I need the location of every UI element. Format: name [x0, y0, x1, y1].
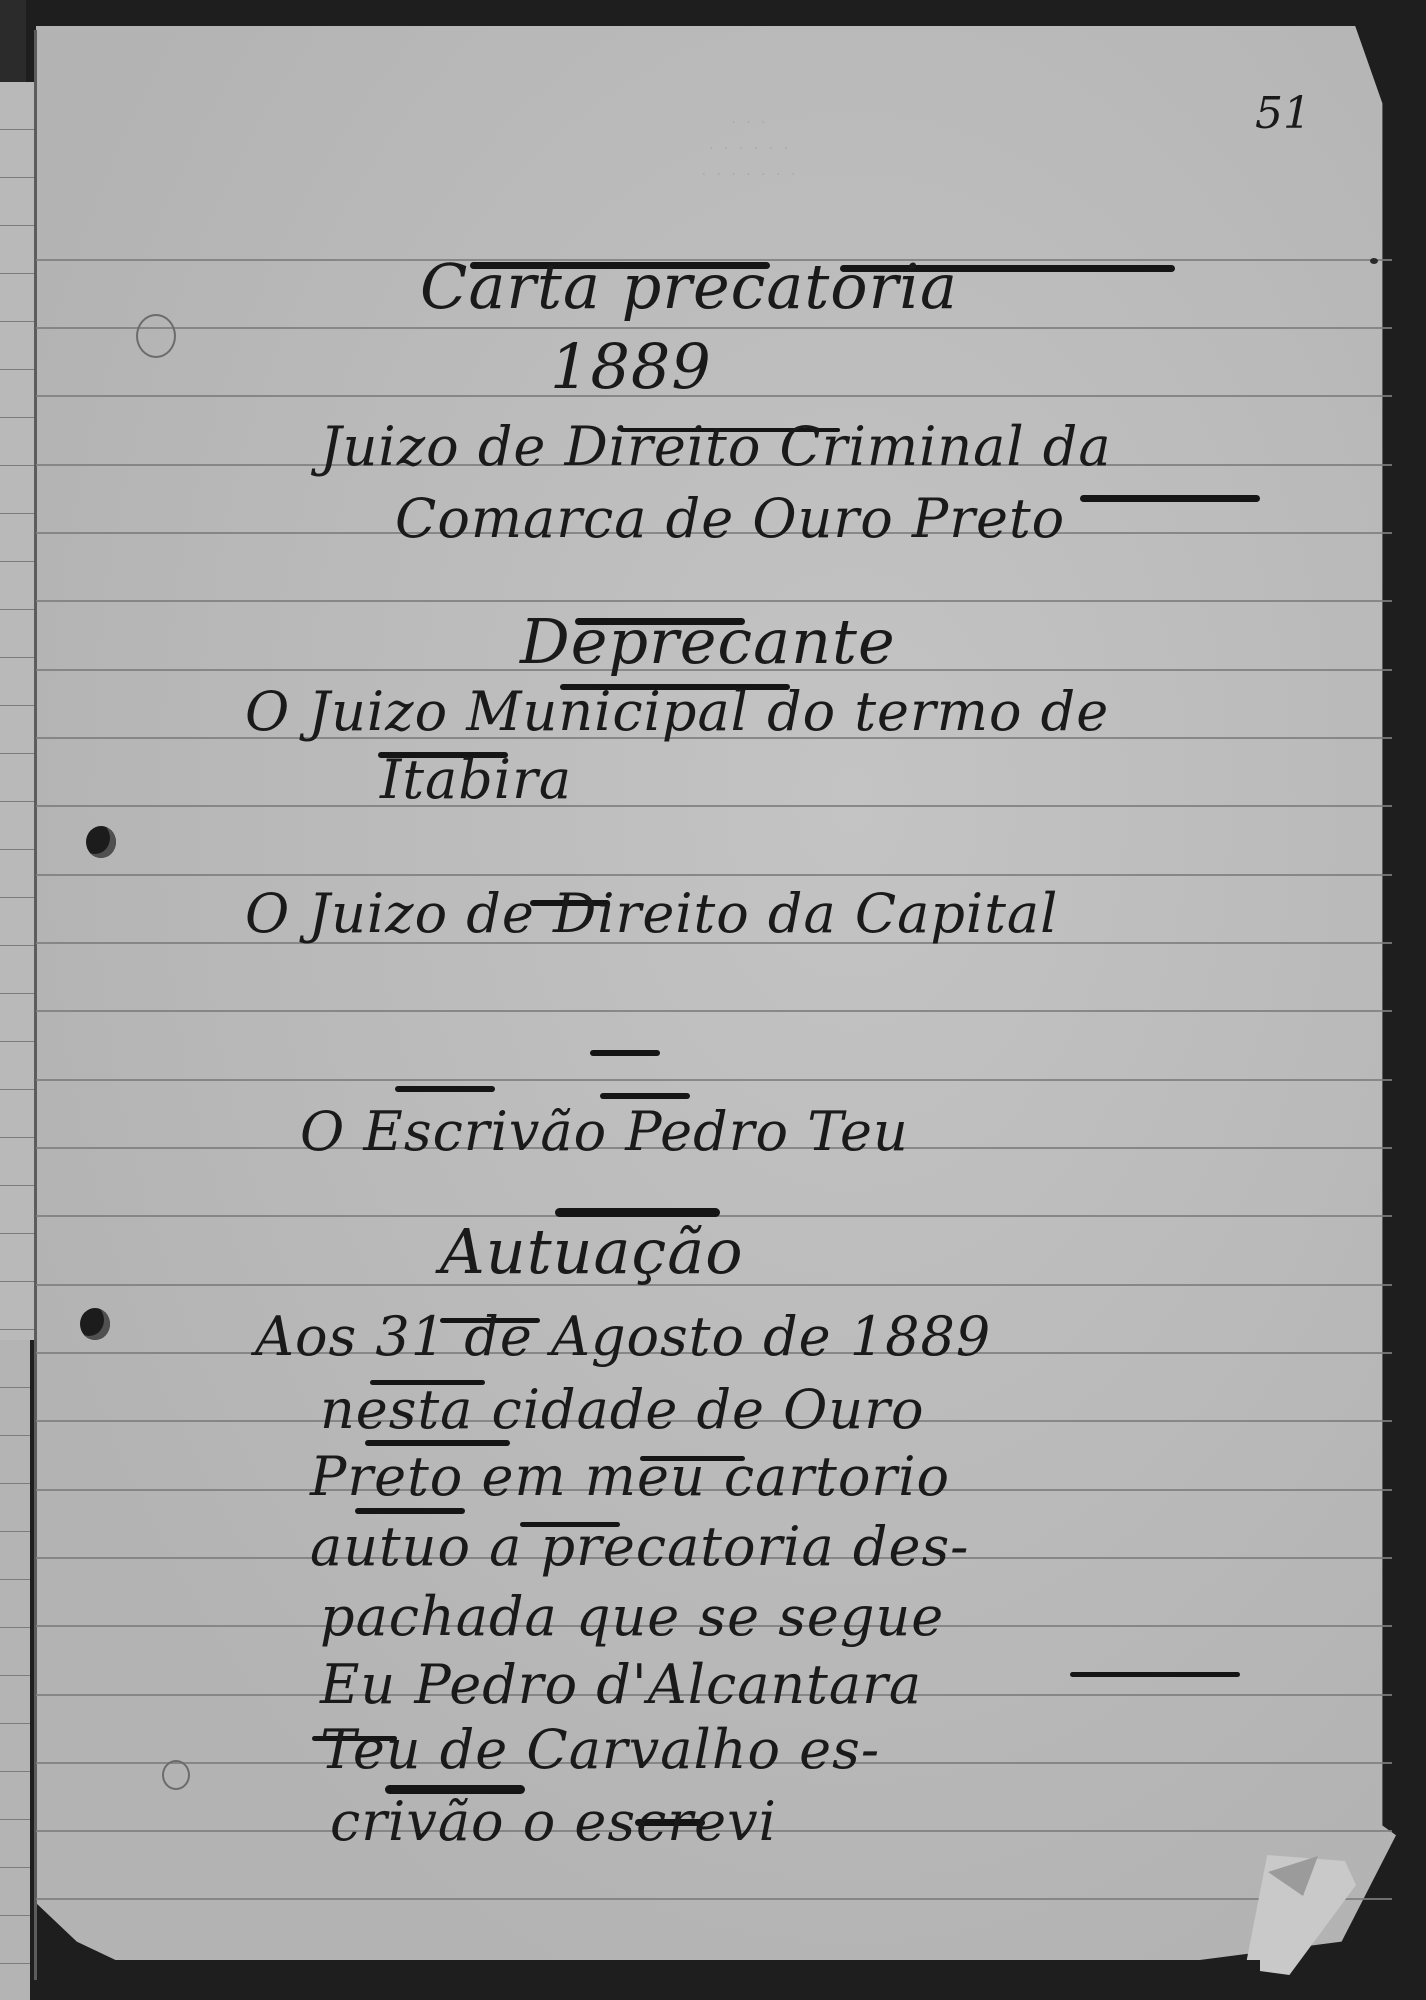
flourish-underline: [395, 1086, 495, 1092]
deprecante-line-1: O Juizo Municipal do termo de: [245, 680, 1109, 743]
body-line-4: autuo a precatoria des-: [310, 1515, 969, 1578]
embossed-watermark: · · · · · · · · · · · · · · · ·: [620, 110, 880, 188]
body-line-1: Aos 31 de Agosto de 1889: [255, 1305, 991, 1368]
flourish-underline: [590, 1050, 660, 1056]
court-line-2: Comarca de Ouro Preto: [395, 487, 1065, 550]
flourish-underline: [600, 1093, 690, 1099]
ink-dot: [1370, 258, 1378, 264]
flourish-underline: [1080, 495, 1260, 502]
court-line-1: Juizo de Direito Criminal da: [320, 415, 1112, 478]
body-line-6: Eu Pedro d'Alcantara: [320, 1653, 922, 1716]
body-line-3: Preto em meu cartorio: [310, 1445, 950, 1508]
document-year: 1889: [550, 330, 712, 403]
punch-hole-icon: [86, 826, 116, 858]
deprecado-line: O Juizo de Direito da Capital: [245, 882, 1058, 945]
flourish-underline: [1070, 1672, 1240, 1677]
deprecante-line-2: Itabira: [380, 748, 572, 811]
body-line-8: crivão o escrevi: [330, 1790, 777, 1853]
stamp-mark-icon: [136, 314, 176, 358]
page-binding-edge: [34, 30, 37, 1980]
body-line-2: nesta cidade de Ouro: [320, 1378, 925, 1441]
scanner-background: [0, 0, 26, 82]
punch-hole-icon: [80, 1308, 110, 1340]
torn-page-edge: [60, 1960, 1260, 2000]
document-title: Carta precatoria: [420, 250, 958, 323]
flourish-underline: [355, 1508, 465, 1514]
deprecante-heading: Deprecante: [520, 605, 896, 678]
body-line-7: Teu de Carvalho es-: [320, 1718, 880, 1781]
body-line-5: pachada que se segue: [320, 1585, 944, 1648]
ink-stain-icon: [162, 1760, 190, 1790]
adjacent-page-strip: [0, 82, 36, 1340]
escrivao-line: O Escrivão Pedro Teu: [300, 1100, 909, 1163]
adjacent-page-strip-lower: [0, 1340, 30, 2000]
autuacao-heading: Autuação: [440, 1215, 744, 1288]
folio-number: 51: [1255, 88, 1311, 139]
